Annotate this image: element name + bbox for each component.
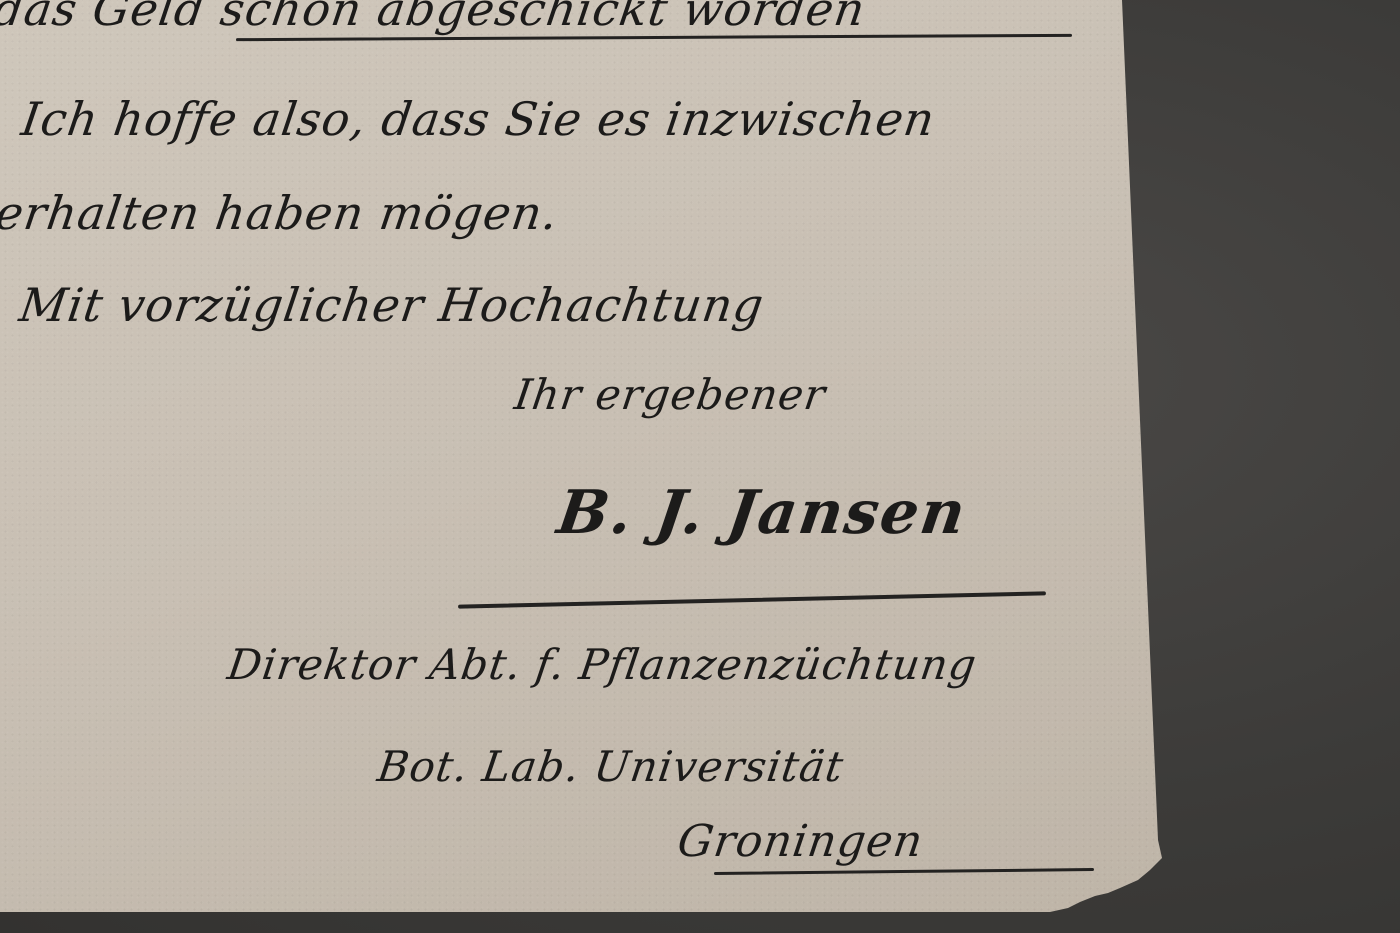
letter-page: das Geld schon abgeschickt worden Ich ho… [0, 0, 1400, 933]
letter-line-3: erhalten haben mögen. [0, 186, 562, 240]
sender-institution: Bot. Lab. Universität [375, 742, 847, 791]
letter-line-2: Ich hoffe also, dass Sie es inzwischen [18, 92, 938, 146]
sender-city: Groningen [674, 816, 926, 867]
photo-background: das Geld schon abgeschickt worden Ich ho… [0, 0, 1400, 933]
letter-line-closing-phrase: Mit vorzüglicher Hochachtung [16, 278, 767, 332]
letter-line-1: das Geld schon abgeschickt worden [0, 0, 869, 36]
sender-title: Direktor Abt. f. Pflanzenzüchtung [225, 640, 980, 689]
signature: B. J. Jansen [553, 478, 971, 548]
salutation: Ihr ergebener [512, 370, 829, 419]
